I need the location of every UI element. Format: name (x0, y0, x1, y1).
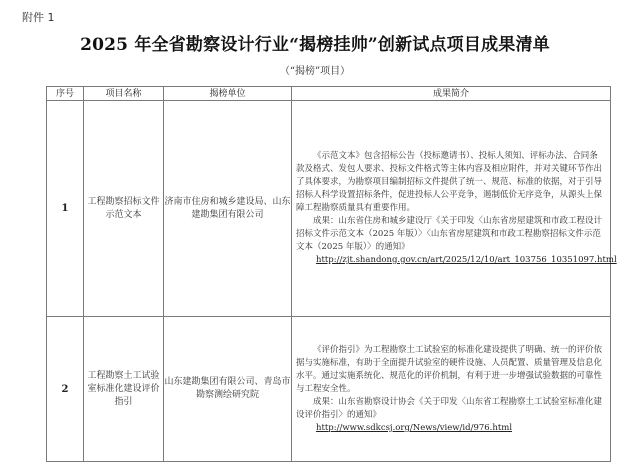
document-subtitle: （“揭榜”项目） (0, 62, 630, 77)
row-result-link[interactable]: http://www.sdkcsj.org/News/view/id/976.h… (296, 422, 606, 435)
header-seq: 序号 (47, 87, 84, 101)
header-unit: 揭榜单位 (164, 87, 292, 101)
row-summary-cell: 《评价指引》为工程勘察土工试验室的标准化建设提供了明确、统一的评价依据与实施标准… (292, 317, 611, 462)
table-row: 1 工程勘察招标文件示范文本 济南市住房和城乡建设局、山东建勘集团有限公司 《示… (47, 101, 611, 317)
row-seq: 1 (47, 101, 84, 317)
row-unit: 山东建勘集团有限公司、青岛市勘察测绘研究院 (164, 317, 292, 462)
row-unit: 济南市住房和城乡建设局、山东建勘集团有限公司 (164, 101, 292, 317)
table-row: 2 工程勘察土工试验室标准化建设评价指引 山东建勘集团有限公司、青岛市勘察测绘研… (47, 317, 611, 462)
document-title: 2025 年全省勘察设计行业“揭榜挂帅”创新试点项目成果清单 (0, 30, 630, 55)
row-summary: 《示范文本》包含招标公告（投标邀请书）、投标人须知、评标办法、合同条款及格式、发… (296, 150, 606, 215)
attachment-label: 附件 1 (22, 9, 55, 25)
results-table: 序号 项目名称 揭榜单位 成果简介 1 工程勘察招标文件示范文本 济南市住房和城… (46, 86, 611, 462)
row-summary-cell: 《示范文本》包含招标公告（投标邀请书）、投标人须知、评标办法、合同条款及格式、发… (292, 101, 611, 317)
header-summary: 成果简介 (292, 87, 611, 101)
row-result-link[interactable]: http://zjt.shandong.gov.cn/art/2025/12/1… (296, 254, 606, 267)
row-result: 成果：山东省勘察设计协会《关于印发〈山东省工程勘察土工试验室标准化建设评价指引〉… (296, 396, 606, 422)
row-seq: 2 (47, 317, 84, 462)
row-project-name: 工程勘察土工试验室标准化建设评价指引 (84, 317, 164, 462)
row-result: 成果：山东省住房和城乡建设厅《关于印发〈山东省房屋建筑和市政工程设计招标文件示范… (296, 215, 606, 254)
row-project-name: 工程勘察招标文件示范文本 (84, 101, 164, 317)
table-header-row: 序号 项目名称 揭榜单位 成果简介 (47, 87, 611, 101)
row-summary: 《评价指引》为工程勘察土工试验室的标准化建设提供了明确、统一的评价依据与实施标准… (296, 344, 606, 396)
header-project-name: 项目名称 (84, 87, 164, 101)
